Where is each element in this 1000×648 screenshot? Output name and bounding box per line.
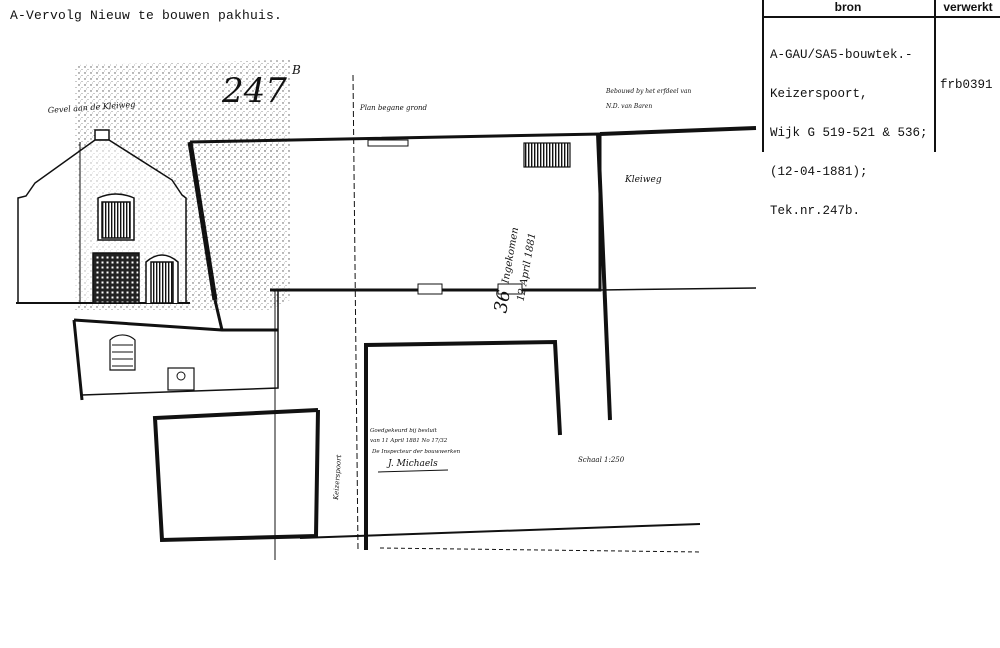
processed-id: frb0391 (940, 78, 993, 92)
column-header-verwerkt: verwerkt (936, 0, 1000, 18)
source-line: (12-04-1881); (770, 166, 928, 179)
plan-label: Plan begane grond (359, 104, 428, 112)
stamp-date: 12 April 1881 (516, 232, 539, 302)
street-label: Kleiweg (624, 175, 662, 185)
signature: J. Michaels (386, 459, 438, 469)
approval-line: van 11 April 1881 No 17/32 (370, 438, 448, 444)
stamp-number: 36 (490, 288, 515, 314)
approval-line: De Inspecteur der bouwwerken (371, 449, 461, 455)
source-line: Wijk G 519-521 & 536; (770, 127, 928, 140)
architectural-drawing: 247 B Gevel aan de Kleiweg Plan begane g… (0, 50, 760, 570)
source-reference: A-GAU/SA5-bouwtek.- Keizerspoort, Wijk G… (770, 23, 928, 244)
column-header-bron: bron (762, 0, 934, 18)
neighbour-name: N.D. van Baren (605, 103, 652, 110)
table-divider-left (762, 0, 764, 152)
sheet-number: 247 (221, 71, 287, 111)
source-line: A-GAU/SA5-bouwtek.- (770, 49, 928, 62)
neighbour-label: Bebouwd by het erfdeel van (605, 88, 691, 95)
alley-label: Keizerspoort (332, 454, 343, 501)
scale-label: Schaal 1:250 (578, 456, 625, 464)
sheet-suffix: B (291, 63, 301, 77)
source-line: Tek.nr.247b. (770, 205, 928, 218)
document-caption: A-Vervolg Nieuw te bouwen pakhuis. (10, 8, 282, 23)
archive-metadata-table: bron verwerkt A-GAU/SA5-bouwtek.- Keizer… (762, 0, 1000, 152)
approval-line: Goedgekeurd bij besluit (370, 428, 438, 434)
stamp-received: Ingekomen (500, 227, 521, 286)
table-divider-middle (934, 0, 936, 152)
source-line: Keizerspoort, (770, 88, 928, 101)
